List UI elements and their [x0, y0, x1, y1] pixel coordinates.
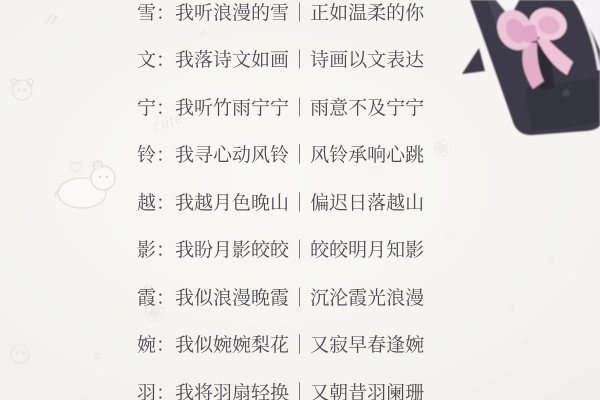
row-divider: ｜ — [290, 145, 309, 166]
row-colon: ： — [156, 288, 175, 309]
name-poem-row: 宁：我听竹雨宁宁｜雨意不及宁宁 — [137, 96, 424, 122]
row-key: 铃 — [137, 145, 156, 166]
image-canvas: 〃 ✧ cute ♡ 〃 ❀ ✧ ❀ ✧ ✧ ✧ ♡ — [0, 0, 600, 400]
row-right-phrase: 诗画以文表达 — [310, 50, 424, 71]
row-left-phrase: 我盼月影皎皎 — [175, 240, 289, 261]
row-left-phrase: 我听竹雨宁宁 — [175, 98, 289, 119]
row-right-phrase: 又寂早春逢婉 — [310, 335, 424, 356]
row-divider: ｜ — [290, 3, 309, 24]
row-divider: ｜ — [290, 240, 309, 261]
row-divider: ｜ — [290, 288, 309, 309]
row-key: 越 — [137, 193, 156, 214]
row-key: 影 — [137, 240, 156, 261]
row-colon: ： — [156, 193, 175, 214]
row-colon: ： — [156, 145, 175, 166]
name-poem-row: 铃：我寻心动风铃｜风铃承响心跳 — [137, 143, 424, 169]
row-right-phrase: 沉沦霞光浪漫 — [310, 288, 424, 309]
name-poem-row: 文：我落诗文如画｜诗画以文表达 — [137, 48, 424, 74]
row-divider: ｜ — [290, 193, 309, 214]
row-divider: ｜ — [290, 335, 309, 356]
row-left-phrase: 我寻心动风铃 — [175, 145, 289, 166]
row-left-phrase: 我落诗文如画 — [175, 50, 289, 71]
row-divider: ｜ — [290, 383, 309, 400]
row-right-phrase: 雨意不及宁宁 — [310, 98, 424, 119]
row-colon: ： — [156, 3, 175, 24]
row-key: 婉 — [137, 335, 156, 356]
row-key: 宁 — [137, 98, 156, 119]
row-left-phrase: 我越月色晚山 — [175, 193, 289, 214]
row-right-phrase: 正如温柔的你 — [310, 3, 424, 24]
name-poem-list: 雪：我听浪漫的雪｜正如温柔的你 文：我落诗文如画｜诗画以文表达 宁：我听竹雨宁宁… — [0, 0, 600, 400]
row-colon: ： — [156, 98, 175, 119]
row-key: 文 — [137, 50, 156, 71]
name-poem-row: 影：我盼月影皎皎｜皎皎明月知影 — [137, 238, 424, 264]
row-key: 霞 — [137, 288, 156, 309]
row-left-phrase: 我将羽扇轻换 — [175, 383, 289, 400]
row-colon: ： — [156, 383, 175, 400]
name-poem-row: 羽：我将羽扇轻换｜又朝昔羽阑珊 — [137, 381, 424, 400]
row-divider: ｜ — [290, 98, 309, 119]
row-divider: ｜ — [290, 50, 309, 71]
row-right-phrase: 皎皎明月知影 — [310, 240, 424, 261]
name-poem-row: 雪：我听浪漫的雪｜正如温柔的你 — [137, 1, 424, 27]
row-right-phrase: 偏迟日落越山 — [310, 193, 424, 214]
name-poem-row: 越：我越月色晚山｜偏迟日落越山 — [137, 191, 424, 217]
row-key: 雪 — [137, 3, 156, 24]
row-right-phrase: 又朝昔羽阑珊 — [310, 383, 424, 400]
row-left-phrase: 我似婉婉梨花 — [175, 335, 289, 356]
row-key: 羽 — [137, 383, 156, 400]
row-left-phrase: 我似浪漫晚霞 — [175, 288, 289, 309]
row-colon: ： — [156, 335, 175, 356]
row-colon: ： — [156, 50, 175, 71]
name-poem-row: 霞：我似浪漫晚霞｜沉沦霞光浪漫 — [137, 286, 424, 312]
name-poem-row: 婉：我似婉婉梨花｜又寂早春逢婉 — [137, 333, 424, 359]
row-right-phrase: 风铃承响心跳 — [310, 145, 424, 166]
row-colon: ： — [156, 240, 175, 261]
row-left-phrase: 我听浪漫的雪 — [175, 3, 289, 24]
